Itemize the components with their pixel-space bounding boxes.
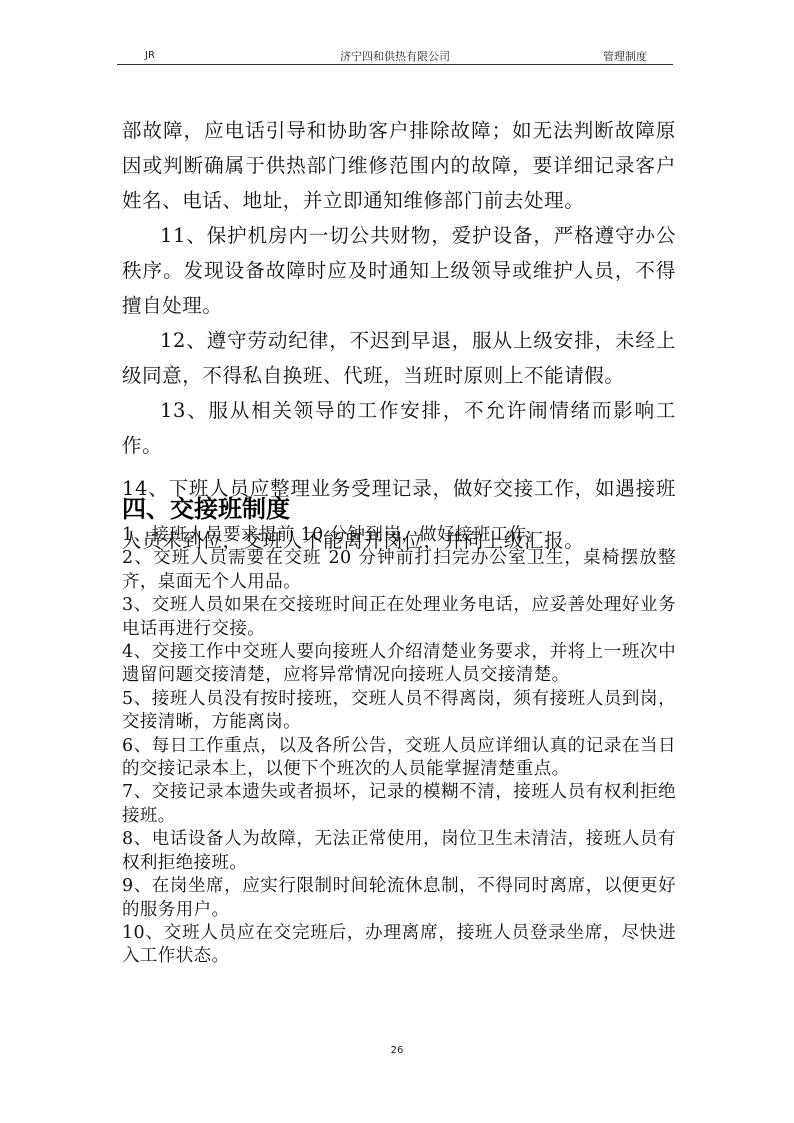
section-title: 四、交接班制度	[122, 494, 290, 524]
list-item: 10、交班人员应在交完班后，办理离席，接班人员登录坐席，尽快进入工作状态。	[122, 922, 676, 969]
header-document-type: 管理制度	[603, 48, 647, 64]
list-item: 9、在岗坐席，应实行限制时间轮流休息制，不得同时离席，以便更好的服务用户。	[122, 875, 676, 922]
list-item: 8、电话设备人为故障，无法正常使用，岗位卫生未清洁，接班人员有权利拒绝接班。	[122, 828, 676, 875]
list-item: 5、接班人员没有按时接班，交班人员不得离岗，须有接班人员到岗，交接清晰，方能离岗…	[122, 688, 676, 735]
list-item: 2、交班人员需要在交班 20 分钟前打扫完办公室卫生，桌椅摆放整齐，桌面无个人用…	[122, 547, 676, 594]
list-item: 4、交接工作中交班人要向接班人介绍清楚业务要求，并将上一班次中遗留问题交接清楚，…	[122, 641, 676, 688]
page-number: 26	[0, 1045, 794, 1056]
list-item: 1、接班人员要求提前 10 分钟到岗，做好接班工作。	[122, 524, 676, 547]
shift-handover-rules-list: 1、接班人员要求提前 10 分钟到岗，做好接班工作。 2、交班人员需要在交班 2…	[122, 524, 676, 969]
list-item: 3、交班人员如果在交接班时间正在处理业务电话，应妥善处理好业务电话再进行交接。	[122, 594, 676, 641]
paragraph-rule-12: 12、遵守劳动纪律，不迟到早退，服从上级安排，未经上级同意，不得私自换班、代班，…	[122, 323, 676, 393]
list-item: 6、每日工作重点，以及各所公告，交班人员应详细认真的记录在当日的交接记录本上，以…	[122, 735, 676, 782]
page-header: JR 济宁四和供热有限公司 管理制度	[117, 46, 673, 66]
header-company-name: 济宁四和供热有限公司	[117, 48, 673, 64]
list-item: 7、交接记录本遗失或者损坏，记录的模糊不清，接班人员有权利拒绝接班。	[122, 781, 676, 828]
header-divider	[117, 64, 673, 65]
paragraph-rule-11: 11、保护机房内一切公共财物，爱护设备，严格遵守办公秩序。发现设备故障时应及时通…	[122, 218, 676, 323]
paragraph-fault-handling: 部故障，应电话引导和协助客户排除故障；如无法判断故障原因或判断确属于供热部门维修…	[122, 113, 676, 218]
paragraph-rule-13: 13、服从相关领导的工作安排，不允许闹情绪而影响工作。	[122, 393, 676, 463]
